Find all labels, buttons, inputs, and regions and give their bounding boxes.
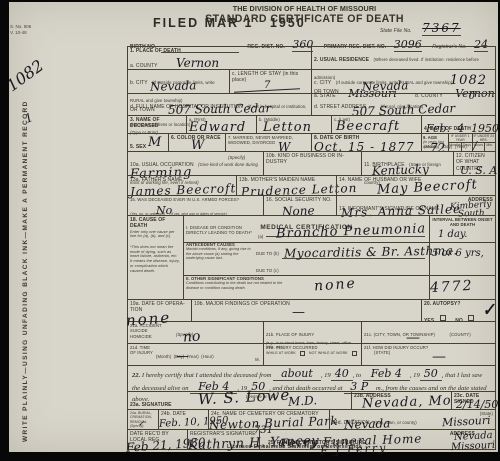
field-place-of-injury: 21b. PLACE OF INJURY (e.g., in or about … [263,322,361,343]
field-hospital: d. FULL NAME OF HOSPITAL OR INSTITUTION … [128,94,311,115]
field-time-of-injury: 21d. TIME OF INJURY (Month) (Day) (Year)… [128,344,263,365]
ssn-label: 16. SOCIAL SECURITY NO. [266,197,334,203]
form-row: 15. WAS DECEASED EVER IN U.S. ARMED FORC… [128,195,495,215]
form-row: 21d. TIME OF INJURY (Month) (Day) (Year)… [128,343,495,365]
length-of-stay-label: c. LENGTH OF STAY (in this place) [232,71,309,84]
field-residence-city: c. CITY (If outside corporate limits, wr… [311,70,495,93]
field-citizenship: 12. CITIZEN OF WHAT COUNTRY U. S. A. [453,152,495,175]
residence-city-stamp-number: 1082 [450,74,487,87]
antecedent-note: Morbid conditions, if any, giving rise t… [186,247,256,260]
form-row: 24a. BURIAL, CREMATION, REMOVAL (Specify… [128,409,495,429]
form-row: b. CITY (If outside corporate limits, wr… [128,69,495,93]
field-injury-location: 21c. (CITY, TOWN, OR TOWNSHIP) (COUNTY) … [361,322,495,343]
operation-findings-label: 19b. MAJOR FINDINGS OF OPERATION [194,301,419,307]
operation-date-value: none [126,310,172,328]
age-pen-mark: / [473,140,477,151]
due-b-interval-value: 5 or 6 yrs, [432,249,484,259]
certify-number: 22. [132,372,140,379]
field-interval-column: INTERVAL BETWEEN ONSET AND DEATH 1 day. … [429,216,495,299]
form-row: 3. NAME OF DECEASED (Type or Print) a. (… [128,115,495,133]
rule-line [430,275,495,276]
disease-sub-label: (a) [258,234,263,239]
while-at-work-checkbox [300,351,305,356]
time-of-injury-value: — [176,350,189,363]
state-file-value: 7367 [422,21,461,36]
time-meridiem-label: M. [255,357,260,362]
field-name-label: 3. NAME OF DECEASED (Type or Print) [128,116,186,133]
field-birthplace: 11. BIRTHPLACE (State or foreign country… [361,152,453,175]
residence-city-value: Nevada [362,79,409,93]
form-number-note: S. No. 906 V. 10-48 [10,24,31,37]
field-date-of-death: 4. DATE OF DEATH (Month) (Day) (Year) Fe… [421,116,495,133]
age-years: 9. AGE (In years last birthday) 72 [422,134,448,151]
field-armed-forces: 15. WAS DECEASED EVER IN U.S. ARMED FORC… [128,196,263,215]
certify-from-year: 40 [331,367,353,381]
field-pod-city: b. CITY (If outside corporate limits, wr… [128,70,229,93]
rule-line [430,242,495,243]
injury-occurred-label: 21e. INJURY OCCURRED [266,345,359,350]
cause-of-death-note: Enter only one cause per line for (a), (… [130,230,181,239]
field-certification-statement: 22. I hereby certify that I attended the… [128,366,495,391]
place-of-injury-label: 21b. PLACE OF INJURY [266,332,314,337]
pod-city-value: Nevada [150,79,197,93]
interval-label: INTERVAL BETWEEN ONSET AND DEATH [432,217,493,228]
field-marital-status: 7. MARRIED, NEVER MARRIED, WIDOWED, DIVO… [225,134,311,151]
operation-findings-value: — [292,306,305,319]
state-file-label: State File No. [380,28,412,34]
field-name-last: c. (Last) Beecraft [331,116,421,133]
field-how-injury-occurred: 21f. HOW DID INJURY OCCUR? — [361,344,495,365]
certify-19-1: , 19 [321,372,331,379]
form-row: 22. I hereby certify that I attended the… [128,365,495,391]
hospital-value: 507 South Cedar [168,102,271,116]
certificate-form: FILED MAR 1 1950 THE DIVISION OF HEALTH … [127,2,498,452]
injury-county-label: (COUNTY) [449,332,470,337]
field-burial-date: 24b. DATE Feb. 10, 1950 [158,410,208,429]
field-date-received: DATE REC'D BY LOCAL REG. Feb 21, 1950 [128,430,187,449]
certify-attended-to: Feb 4 [363,367,410,381]
due-b-label: DUE TO (b) [256,251,279,256]
form-row: 13a. FATHER'S NAME James Beecroft 13b. M… [128,175,495,195]
cause-footnote: *This does not mean the mode of dying, s… [130,245,181,273]
age-days-col: Days [461,143,472,151]
industry-label: 10b. KIND OF BUSINESS OR IN­DUSTRY [266,153,359,166]
margin-vertical-instruction: WRITE PLAINLY—USING UNFADING BLACK INK—M… [22,62,29,442]
field-operation-date: 19a. DATE OF OPERA­TION none [128,300,191,321]
field-industry: 10b. KIND OF BUSINESS OR IN­DUSTRY [263,152,361,175]
form-row: 10a. USUAL OCCUPATION (Give kind of work… [128,151,495,175]
field-cause-of-death-sidebar: 18. CAUSE OF DEATH Enter only one cause … [128,216,183,299]
field-informant: 17. INFORMANT'S SIGNATURE OR NAME ADDRES… [336,196,495,215]
name-last-value: Beecraft [336,120,400,133]
form-row: 1. PLACE OF DEATH a. COUNTY Vernon 2. US… [128,47,495,69]
form-row: 19a. DATE OF OPERA­TION none 19b. MAJOR … [128,299,495,321]
autopsy-no-checkmark: ✓ [481,301,497,319]
certify-text-2: , to [353,372,361,379]
burial-mark: ✓ [138,420,145,428]
time-of-injury-label: 21d. TIME OF INJURY [130,345,156,356]
how-injury-label: 21f. HOW DID INJURY OCCUR? [364,345,493,350]
field-usual-residence: 2. USUAL RESIDENCE (Where deceased lived… [311,47,497,69]
division-title: THE DIVISION OF HEALTH OF MISSOURI [182,4,427,13]
funeral-address-line2: Missouri [451,441,496,453]
not-while-at-work-checkbox [352,351,357,356]
place-of-death-title: 1. PLACE OF DEATH [130,48,309,54]
form-row: 5. SEX M 6. COLOR OR RACE W 7. MARRIED, … [128,133,495,151]
field-race: 6. COLOR OR RACE W [168,134,225,151]
field-ssn: 16. SOCIAL SECURITY NO. None [263,196,336,215]
field-age: 9. AGE (In years last birthday) 72 IF UN… [421,134,495,151]
forces-label: 15. WAS DECEASED EVER IN U.S. ARMED FORC… [130,197,261,202]
certify-19-2: , 19 [410,372,420,379]
sex-value: M [148,136,161,149]
field-date-signed: 23c. DATE SIGNED 2/14/50 [451,392,495,409]
residence-title: 2. USUAL RESIDENCE [314,57,369,63]
age-months-col: Months [449,143,461,151]
form-table: 1. PLACE OF DEATH a. COUNTY Vernon 2. US… [127,46,496,450]
spouse-value: May Beecroft [377,178,478,196]
medical-main-column: MEDICAL CERTIFICATION I. DISEASE OR COND… [183,216,429,299]
field-occupation: 10a. USUAL OCCUPATION (Give kind of work… [128,152,263,175]
disease-value: Broncho Pneumonia [276,222,427,240]
form-number-line2: V. 10-48 [10,30,31,36]
field-name-middle: b. (Middle) Letton [256,116,331,133]
due-c-label: DUE TO (c) [256,268,279,273]
field-father-name: 13a. FATHER'S NAME James Beecroft [128,176,236,195]
file-stamp-number: 4772 [430,279,474,295]
field-date-of-birth: 8. DATE OF BIRTH Oct. 15 - 1877 [311,134,421,151]
medical-certification-section: 18. CAUSE OF DEATH Enter only one cause … [128,215,495,299]
not-while-at-work-label: NOT WHILE AT WORK [309,351,348,356]
street-pen-mark: 0 [469,92,475,102]
field-burial-location: 24d. LOCATION (City, town, or county) (S… [329,410,495,429]
field-street-address: d. STREET ADDRESS (If rural, give locati… [311,94,495,115]
other-conditions-note: Conditions contributing to the death but… [186,281,296,290]
field-spouse-name: 14. NAME OF HUSBAND OR WIFE May Beecroft [336,176,495,195]
age-min-col: Min. [484,143,495,151]
field-registrar-signature: REGISTRAR'S SIGNATURE Kathryn H. Yancey … [187,430,259,449]
disease-label: I. DISEASE OR CONDITION DIRECTLY LEADING… [186,225,258,236]
field-mother-name: 13b. MOTHER'S MAIDEN NAME Prudence Letto… [236,176,336,195]
certify-to-year: 50 [420,367,442,381]
certify-text-1: I hereby certify that I attended the dec… [142,372,272,379]
form-row: d. FULL NAME OF HOSPITAL OR INSTITUTION … [128,93,495,115]
residence-city-label: c. CITY [314,80,331,86]
field-sex: 5. SEX M [128,134,168,151]
disease-interval-value: 1 day. [438,230,467,240]
certificate-paper: S. No. 906 V. 10-48 1082 1 WRITE PLAINLY… [9,2,498,452]
while-at-work-label: WHILE AT WORK [266,351,296,356]
field-burial-type: 24a. BURIAL, CREMATION, REMOVAL (Specify… [128,410,158,429]
pod-city-label: b. CITY [130,80,148,86]
burial-location-state-value: Missouri [442,415,491,429]
sex-label: 5. SEX [130,144,146,150]
field-operation-findings: 19b. MAJOR FINDINGS OF OPERATION — [191,300,421,321]
cause-of-death-label: 18. CAUSE OF DEATH [130,217,181,230]
form-row: 21a. ACCIDENT SUICIDE HOMICIDE (Specify)… [128,321,495,343]
form-row: 23a. SIGNATURE W. S. Lowe (Degree or tit… [128,391,495,409]
field-name-first: a. (First) Edward [186,116,256,133]
name-label: 3. NAME OF DECEASED [130,117,184,130]
scanned-death-certificate: S. No. 906 V. 10-48 1082 1 WRITE PLAINLY… [0,0,500,461]
degree-or-title-label: (Degree or title) [246,394,277,399]
field-physician-address: 23b. ADDRESS Nevada, Mo [351,392,451,409]
field-length-of-stay: c. LENGTH OF STAY (in this place) 7 [229,70,311,93]
field-place-of-death: 1. PLACE OF DEATH a. COUNTY Vernon [128,47,311,69]
certify-attended-from: about [273,367,321,381]
other-conditions-value: none [314,277,358,294]
degree-value: M.D. [288,394,318,408]
signature-label: 23a. SIGNATURE [130,402,172,408]
age-under1-header: IF UNDER 1 YEAR [449,134,472,142]
field-injury-occurred: 21e. INJURY OCCURRED WHILE AT WORK NOT W… [263,344,361,365]
how-injury-value: — [432,350,446,364]
form-row: DATE REC'D BY LOCAL REG. Feb 21, 1950 RE… [128,429,495,449]
injury-city-label: 21c. (CITY, TOWN, OR TOWNSHIP) [364,332,435,337]
marital-label: 7. MARRIED, NEVER MARRIED, WIDOWED, DIVO… [228,135,309,146]
field-autopsy: 20. AUTOPSY? YES NO ✓ [421,300,495,321]
field-physician-signature: 23a. SIGNATURE W. S. Lowe (Degree or tit… [128,392,351,409]
